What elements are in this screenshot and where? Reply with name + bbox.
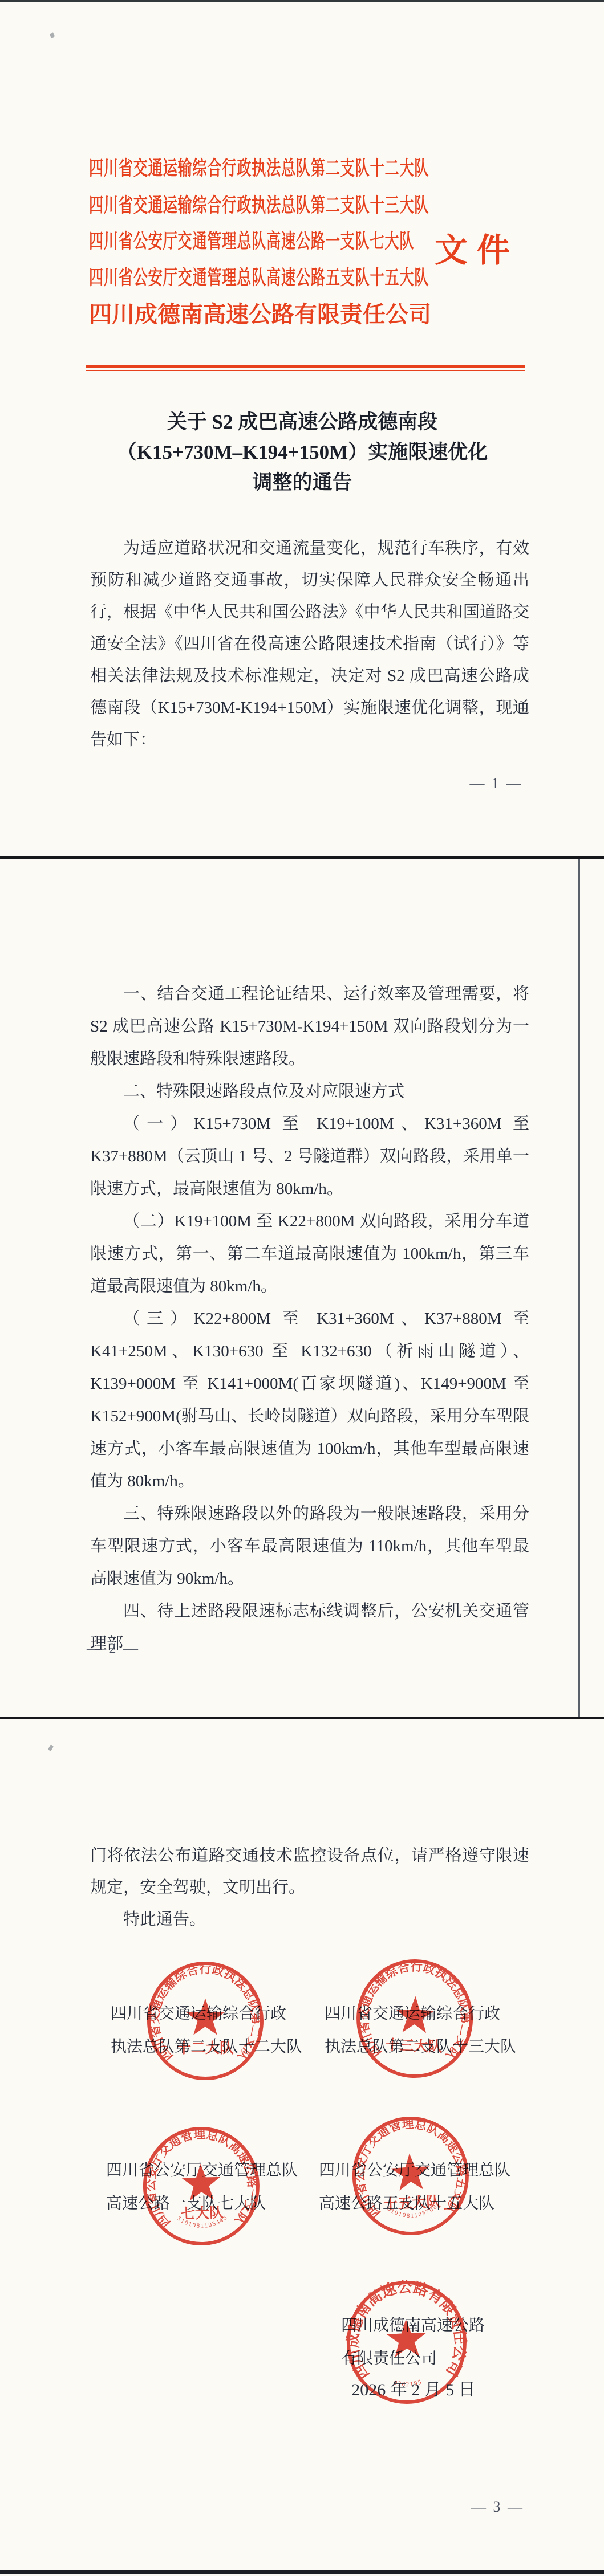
page3-body: 门将依法公布道路交通技术监控设备点位，请严格遵守限速规定，安全驾驶，文明出行。 … [90,1840,529,1935]
page1-number: — 1 — [456,775,536,792]
page2-number: — 2 — [87,1640,140,1657]
page2-paragraph: （一）K15+730M 至 K19+100M、K31+360M 至 K37+88… [90,1108,529,1205]
issuer-line: 四川省公安厅交通管理总队高速公路五支队十五大队 [89,267,459,290]
page2-paragraph: （二）K19+100M 至 K22+800M 双向路段，采用分车道限速方式，第一… [90,1205,529,1303]
scan-bottom-edge-line [0,2570,604,2574]
page2-paragraph: 三、特殊限速路段以外的路段为一般限速路段，采用分车型限速方式，小客车最高限速值为… [90,1498,529,1595]
official-seal-icon: 四川省交通运输综合行政执法总队第二支队十三大队 [353,1956,476,2084]
issuer-line: 四川省交通运输综合行政执法总队第二支队十二大队 [89,157,459,180]
official-seal-icon: 四川省交通运输综合行政执法总队第二支队十二大队 [146,1960,265,2084]
title-line-2: （K15+730M–K194+150M）实施限速优化 [80,437,525,467]
issuer-line: 四川省交通运输综合行政执法总队第二支队十三大队 [89,194,459,217]
issuer-line: 四川成德南高速公路有限责任公司 [89,301,602,328]
scan-artifact [50,32,55,38]
svg-text:十三大队: 十三大队 [385,2037,443,2055]
official-seal-icon: 四川省公安厅交通管理总队高速公路五支队十五大队5101081105708 [348,2113,473,2243]
seal-svg: 四川省交通运输综合行政执法总队第二支队十二大队 [146,1960,265,2081]
page3-number: — 3 — [451,2498,545,2516]
document-label: 文件 [435,223,519,271]
header-rule-thick [86,365,525,368]
official-seal-icon: 四川省公安厅交通管理总队高速公路一支队七大队5101081105443 [140,2123,262,2251]
seal-svg: 四川省公安厅交通管理总队高速公路五支队十五大队5101081105708 [348,2113,473,2240]
seal-svg: 四川省公安厅交通管理总队高速公路一支队七大队5101081105443 [140,2123,262,2248]
document-date: 2026 年 2 月 5 日 [319,2375,508,2400]
scan-artifact [48,1744,54,1751]
page2-right-edge-line [578,859,580,1717]
page2-paragraph: 一、结合交通工程论证结果、运行效率及管理需要，将 S2 成巴高速公路 K15+7… [90,978,529,1075]
page2-paragraph: （三）K22+800M 至 K31+360M、K37+880M 至 K41+25… [90,1303,529,1498]
page2-paragraphs: 一、结合交通工程论证结果、运行效率及管理需要，将 S2 成巴高速公路 K15+7… [90,978,529,1660]
page-separator-1 [0,856,604,859]
header-rule-thin [86,370,525,371]
scan-top-edge-line [0,0,604,2]
title-line-1: 关于 S2 成巴高速公路成德南段 [80,407,525,437]
svg-text:十二大队: 十二大队 [177,2040,234,2056]
scanned-official-document: { "document": { "accent_red": "#e6401d",… [0,0,604,2576]
seal-svg: 四川省交通运输综合行政执法总队第二支队十三大队 [353,1956,476,2081]
issuer-line: 四川省公安厅交通管理总队高速公路一支队七大队 [89,230,459,253]
page2-paragraph: 四、待上述路段限速标志标线调整后，公安机关交通管理部 [90,1595,529,1660]
document-title: 关于 S2 成巴高速公路成德南段 （K15+730M–K194+150M）实施限… [80,407,525,498]
page-separator-2 [0,1717,604,1719]
page3-continuation-paragraph: 门将依法公布道路交通技术监控设备点位，请严格遵守限速规定，安全驾驶，文明出行。 [90,1840,529,1904]
page1-paragraph: 为适应道路状况和交通流量变化，规范行车秩序，有效预防和减少道路交通事故，切实保障… [90,532,529,756]
page2-paragraph: 二、特殊限速路段点位及对应限速方式 [90,1075,529,1108]
page3-closing-line: 特此通告。 [90,1904,529,1935]
title-line-3: 调整的通告 [80,467,525,498]
